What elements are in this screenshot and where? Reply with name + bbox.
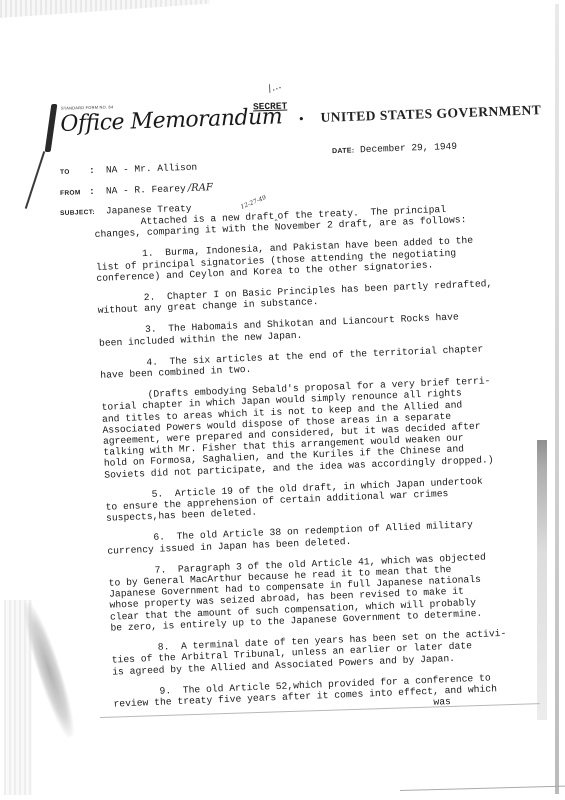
agency-name: UNITED STATES GOVERNMENT: [320, 102, 541, 125]
field-to-label: TO: [60, 168, 89, 176]
field-from: FROM:NA - R. Fearey/RAF: [60, 182, 213, 198]
form-bracket-mark: [45, 104, 58, 152]
handwritten-initials: /RAF: [188, 182, 213, 194]
field-to-colon: :: [89, 165, 106, 177]
page-edge-line: [400, 786, 565, 791]
field-from-colon: :: [89, 186, 106, 198]
date-value: December 29, 1949: [360, 141, 457, 155]
handwritten-scribble: ∕…: [267, 80, 283, 95]
field-from-label: FROM: [60, 189, 89, 197]
paragraph-4-note: (Drafts embodying Sebald's proposal for …: [101, 373, 564, 481]
paragraph-7: 7. Paragraph 3 of the old Article 41, wh…: [108, 548, 565, 634]
paragraph-1: 1. Burma, Indonesia, and Pakistan have b…: [95, 232, 556, 284]
handwritten-date: 12-27-49: [240, 194, 268, 211]
date-line: DATE: December 29, 1949: [332, 141, 457, 156]
bullet-separator: •: [298, 112, 306, 126]
paragraph-9: 9. The old Article 52,which provided for…: [113, 669, 565, 721]
paragraph-5: 5. Article 19 of the old draft, in which…: [105, 472, 565, 524]
field-subject-label: SUBJECT:: [60, 209, 106, 217]
form-bracket-tail: [25, 151, 45, 209]
date-label: DATE:: [332, 147, 355, 155]
paragraph-8: 8. A terminal date of ten years has been…: [111, 625, 565, 677]
field-from-value: NA - R. Fearey: [106, 183, 186, 197]
field-to-value: NA - Mr. Allison: [106, 162, 198, 176]
scan-edge-top: [0, 0, 210, 18]
memo-body: Attached is a new draft‸of the treaty. T…: [94, 200, 565, 731]
field-to: TO:NA - Mr. Allison: [60, 162, 197, 177]
